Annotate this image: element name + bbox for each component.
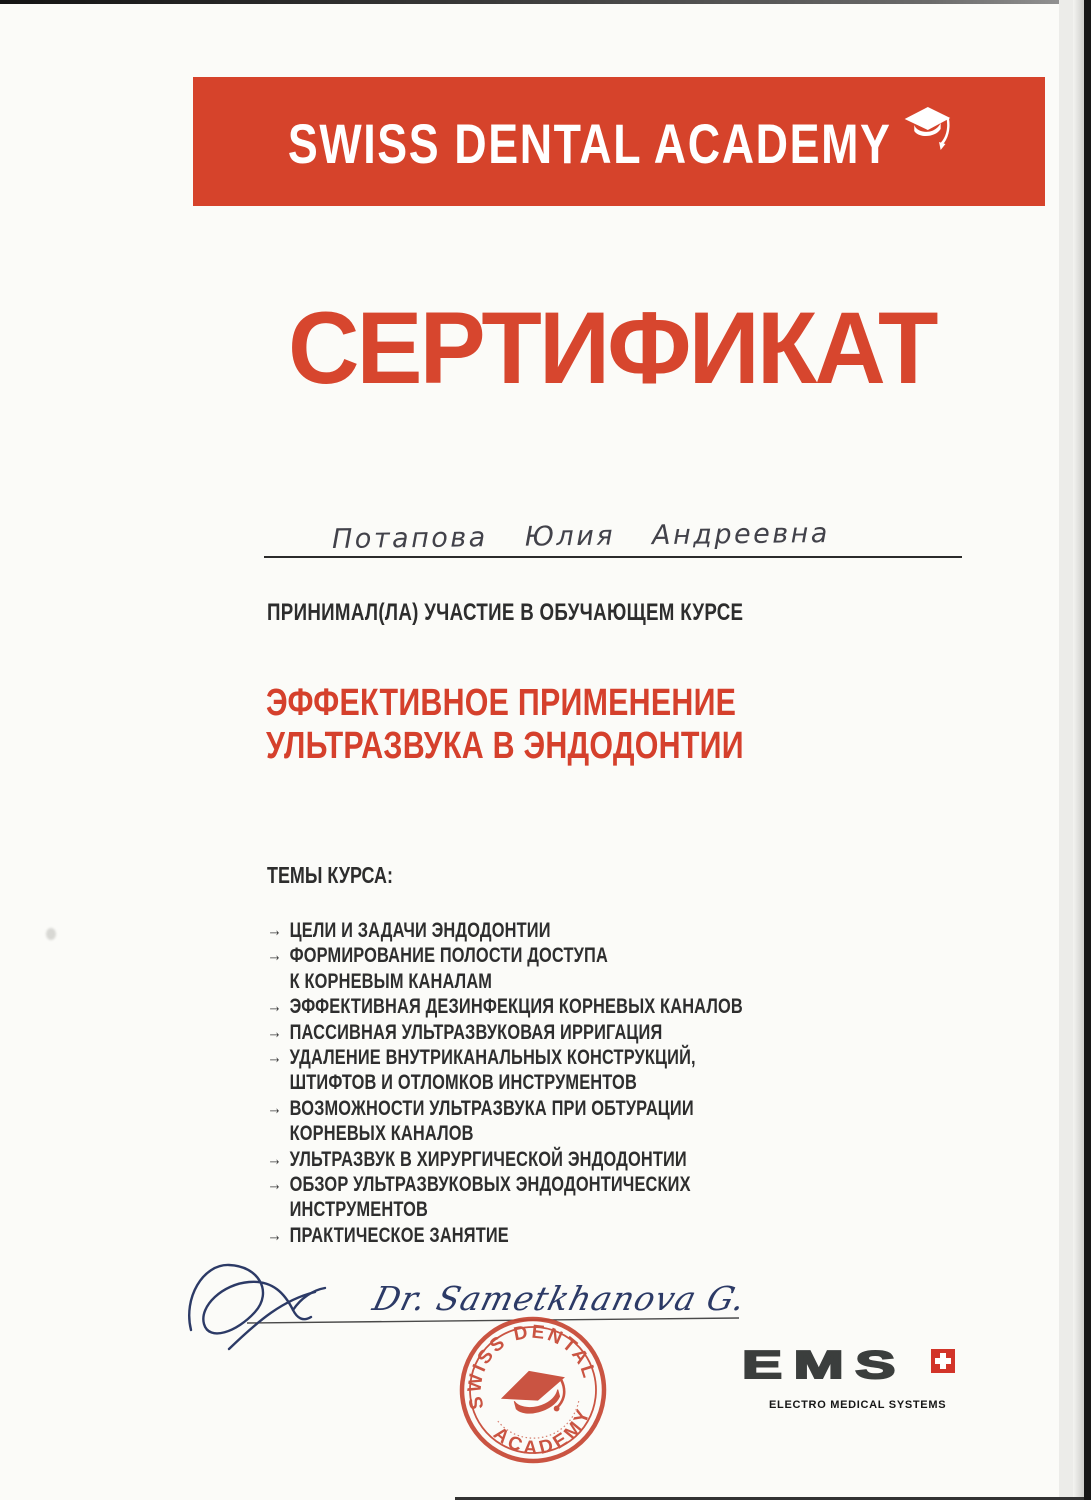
academy-stamp: SWISS DENTAL ACADEMY [456, 1314, 610, 1466]
ems-logo-subtitle: ELECTRO MEDICAL SYSTEMS [769, 1399, 946, 1411]
topic-text: ФОРМИРОВАНИЕ ПОЛОСТИ ДОСТУПА К КОРНЕВЫМ … [290, 943, 608, 994]
topic-item: → УЛЬТРАЗВУК В ХИРУРГИЧЕСКОЙ ЭНДОДОНТИИ [267, 1147, 922, 1172]
scan-edge-right [1084, 0, 1091, 1500]
scan-artifact [46, 928, 56, 940]
signature-name: Dr. Sametkhanova G. [368, 1279, 750, 1317]
course-title: ЭФФЕКТИВНОЕ ПРИМЕНЕНИЕ УЛЬТРАЗВУКА В ЭНД… [266, 682, 744, 768]
topic-text: ВОЗМОЖНОСТИ УЛЬТРАЗВУКА ПРИ ОБТУРАЦИИ КО… [290, 1096, 694, 1147]
academy-name: SWISS DENTAL ACADEMY [288, 111, 892, 176]
arrow-bullet-icon: → [267, 1020, 290, 1045]
arrow-bullet-icon: → [267, 943, 290, 968]
recipient-name-handwriting: Потапова Юлия Андреевна [332, 518, 830, 555]
topic-item: → УДАЛЕНИЕ ВНУТРИКАНАЛЬНЫХ КОНСТРУКЦИЙ, … [267, 1045, 922, 1096]
signature-flourish [189, 1265, 325, 1349]
academy-banner: SWISS DENTAL ACADEMY [193, 77, 1045, 206]
topic-item: → ПАССИВНАЯ УЛЬТРАЗВУКОВАЯ ИРРИГАЦИЯ [267, 1020, 922, 1045]
arrow-bullet-icon: → [267, 918, 290, 943]
topic-text: ПАССИВНАЯ УЛЬТРАЗВУКОВАЯ ИРРИГАЦИЯ [290, 1020, 663, 1045]
topics-label: ТЕМЫ КУРСА: [267, 862, 393, 889]
topic-item: → ЦЕЛИ И ЗАДАЧИ ЭНДОДОНТИИ [267, 918, 922, 943]
topic-text: ПРАКТИЧЕСКОЕ ЗАНЯТИЕ [290, 1223, 509, 1248]
scan-shadow-right [1073, 0, 1084, 1500]
certificate-title: СЕРТИФИКАТ [240, 290, 984, 407]
arrow-bullet-icon: → [267, 1223, 290, 1248]
topic-text: УЛЬТРАЗВУК В ХИРУРГИЧЕСКОЙ ЭНДОДОНТИИ [290, 1147, 687, 1172]
topic-item: → ПРАКТИЧЕСКОЕ ЗАНЯТИЕ [267, 1223, 922, 1248]
paper-edge [1059, 0, 1073, 1500]
certificate-title-text: СЕРТИФИКАТ [288, 290, 935, 407]
topic-text: ОБЗОР УЛЬТРАЗВУКОВЫХ ЭНДОДОНТИЧЕСКИХ ИНС… [290, 1172, 691, 1223]
arrow-bullet-icon: → [267, 1096, 290, 1121]
course-title-line1: ЭФФЕКТИВНОЕ ПРИМЕНЕНИЕ [266, 682, 744, 725]
participation-text: ПРИНИМАЛ(ЛА) УЧАСТИЕ В ОБУЧАЮЩЕМ КУРСЕ [267, 599, 743, 627]
swiss-cross-bar [935, 1358, 951, 1364]
arrow-bullet-icon: → [267, 1147, 290, 1172]
topic-item: → ОБЗОР УЛЬТРАЗВУКОВЫХ ЭНДОДОНТИЧЕСКИХ И… [267, 1172, 922, 1223]
topic-text: УДАЛЕНИЕ ВНУТРИКАНАЛЬНЫХ КОНСТРУКЦИЙ, ШТ… [290, 1045, 696, 1096]
arrow-bullet-icon: → [267, 1172, 290, 1197]
svg-text:Dr. Sametkhanova G.: Dr. Sametkhanova G. [368, 1279, 750, 1317]
topics-list: → ЦЕЛИ И ЗАДАЧИ ЭНДОДОНТИИ → ФОРМИРОВАНИ… [267, 918, 922, 1248]
academy-banner-inner: SWISS DENTAL ACADEMY [288, 111, 951, 176]
graduation-cap-icon [902, 104, 950, 156]
topic-text: ЭФФЕКТИВНАЯ ДЕЗИНФЕКЦИЯ КОРНЕВЫХ КАНАЛОВ [290, 994, 743, 1019]
course-title-line2: УЛЬТРАЗВУКА В ЭНДОДОНТИИ [266, 725, 744, 768]
topic-item: → ЭФФЕКТИВНАЯ ДЕЗИНФЕКЦИЯ КОРНЕВЫХ КАНАЛ… [267, 994, 922, 1019]
topic-text: ЦЕЛИ И ЗАДАЧИ ЭНДОДОНТИИ [290, 918, 551, 943]
recipient-name-line [264, 556, 962, 558]
graduation-cap-icon [497, 1363, 572, 1424]
arrow-bullet-icon: → [267, 1045, 290, 1070]
topic-item: → ФОРМИРОВАНИЕ ПОЛОСТИ ДОСТУПА К КОРНЕВЫ… [267, 943, 922, 994]
arrow-bullet-icon: → [267, 994, 290, 1019]
topic-item: → ВОЗМОЖНОСТИ УЛЬТРАЗВУКА ПРИ ОБТУРАЦИИ … [267, 1096, 922, 1147]
scan-edge-top [0, 0, 1091, 4]
certificate-page: SWISS DENTAL ACADEMY СЕРТИФИКАТ Потапова… [0, 0, 1091, 1500]
swiss-cross-icon [931, 1349, 955, 1373]
